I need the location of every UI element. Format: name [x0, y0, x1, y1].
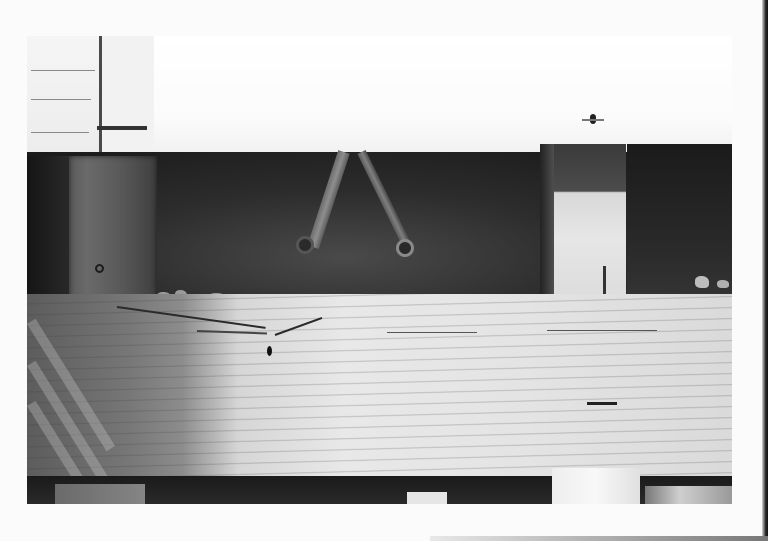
- rubble-stone: [717, 280, 729, 288]
- dark-cavity-right: [627, 144, 732, 294]
- lower-light-patch: [407, 492, 447, 504]
- wood-crack: [117, 306, 266, 329]
- right-wooden-post: [554, 144, 626, 301]
- photograph: [27, 36, 732, 504]
- wood-grain-line: [31, 99, 91, 100]
- wood-grain-line: [31, 70, 95, 71]
- wood-crack: [197, 330, 267, 334]
- bolt-ring-left: [296, 236, 314, 254]
- metal-hinge: [97, 126, 147, 130]
- wood-crack: [547, 330, 657, 331]
- lower-right-post: [552, 468, 640, 504]
- nail: [590, 114, 596, 124]
- rubble-stone: [695, 276, 709, 288]
- wood-crack: [587, 402, 617, 405]
- lower-right-debris: [645, 486, 732, 504]
- print-edge-bottom: [430, 536, 768, 541]
- left-wooden-post: [69, 156, 157, 312]
- dark-cavity-left: [27, 156, 72, 304]
- wood-grain-line: [31, 132, 89, 133]
- bolt-ring-right: [396, 239, 414, 257]
- print-edge-right: [762, 0, 768, 541]
- wood-knot: [267, 346, 272, 356]
- wood-crack: [387, 332, 477, 333]
- horizontal-timber-beam: [27, 294, 732, 484]
- lower-left-block: [55, 484, 145, 504]
- upper-board-panel: [102, 36, 154, 154]
- wood-crack: [275, 317, 323, 336]
- nail: [603, 266, 606, 294]
- upper-board-weathered-section: [27, 36, 102, 156]
